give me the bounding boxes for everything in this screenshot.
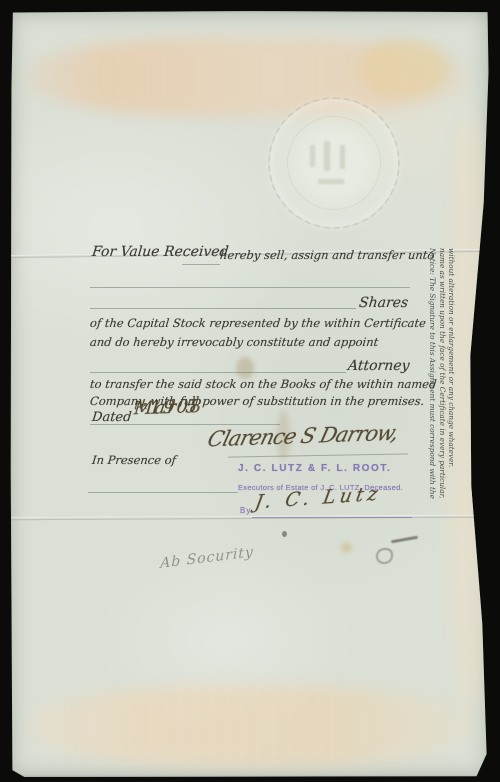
notice-line-1: Notice: The Signature to this Assignment… [428, 248, 437, 514]
shares-label: Shares [358, 294, 409, 313]
seal-inner-ring [287, 116, 381, 210]
bleedthrough-bottom [28, 685, 474, 767]
constitute-clause: and do hereby irrevocably constitute and… [89, 335, 379, 351]
transfer-clause: hereby sell, assign and transfer unto [219, 248, 435, 264]
notice-line-3: without alteration or enlargement or any… [447, 248, 456, 514]
signature-underline [228, 453, 408, 457]
photo-background: For Value Received hereby sell, assign a… [0, 0, 500, 782]
embossed-seal [268, 97, 400, 229]
transfer-stock-clause: to transfer the said stock on the Books … [89, 377, 437, 393]
signature-clarence-darrow: Clarence S Darrow, [205, 423, 400, 451]
in-presence-of-label: In Presence of [91, 453, 176, 469]
stamp-by-label: By [240, 506, 251, 515]
stain-top-right [358, 39, 450, 97]
ink-smudge [391, 536, 418, 544]
ink-smudge-loop [376, 548, 393, 564]
assignee-fill-line [90, 287, 410, 288]
by-fill-line [252, 517, 412, 518]
ink-speck [282, 531, 287, 537]
attorney-label: Attorney [347, 357, 410, 376]
capital-stock-clause: of the Capital Stock represented by the … [89, 316, 427, 332]
witness-fill-line [88, 492, 238, 493]
certificate-paper: For Value Received hereby sell, assign a… [10, 11, 489, 777]
shares-fill-line [90, 308, 356, 309]
stamp-firm-name: J. C. LUTZ & F. L. ROOT. [238, 463, 391, 474]
notice-line-2: name as written upon the face of the Cer… [438, 248, 447, 514]
fold-crease-bottom [10, 515, 489, 521]
value-received-label: For Value Received [91, 243, 230, 262]
attorney-fill-line [90, 372, 346, 373]
seller-fill-line [182, 264, 220, 265]
stain-attorney-line [236, 357, 254, 379]
pencil-annotation: Ab Socurity [160, 545, 254, 571]
dated-value-handwritten: Mar 5th 1908 [133, 400, 151, 421]
stain-pencil-area [341, 542, 352, 553]
